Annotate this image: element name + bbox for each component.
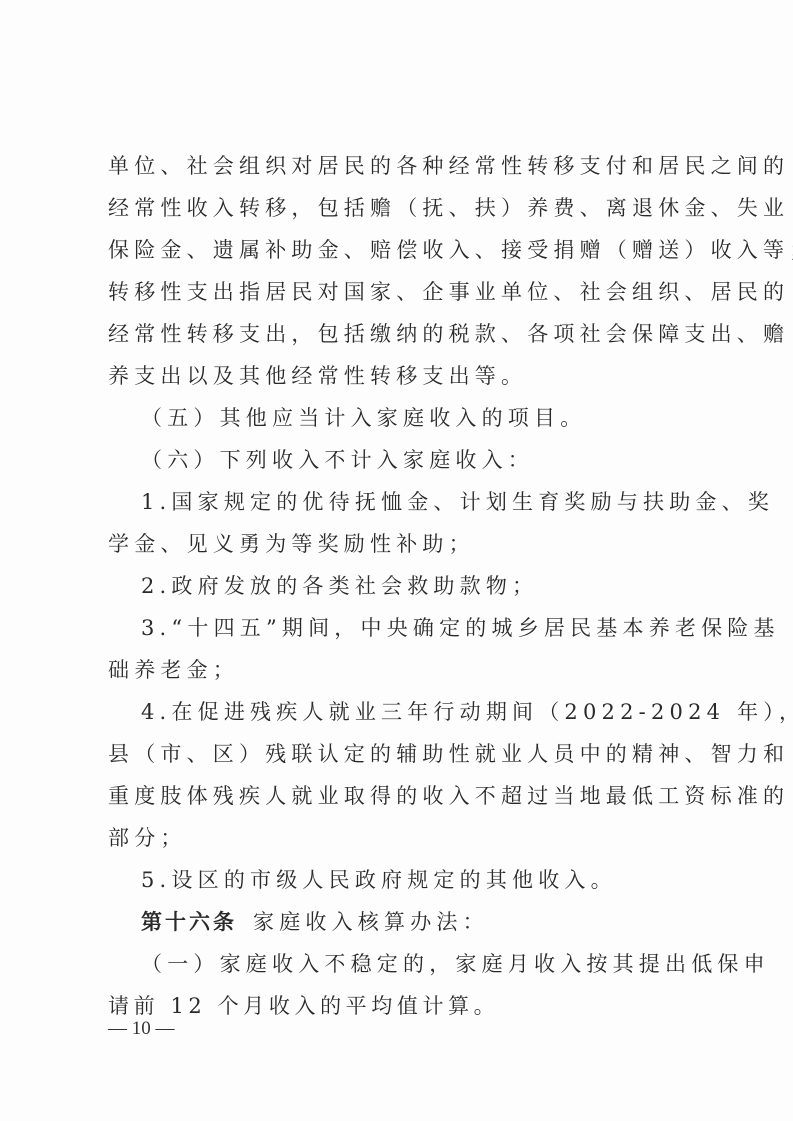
- body-line: 县（市、区）残联认定的辅助性就业人员中的精神、智力和: [108, 733, 682, 775]
- body-line: 保险金、遗属补助金、赔偿收入、接受捐赠（赠送）收入等；: [108, 229, 682, 271]
- document-page: 单位、社会组织对居民的各种经常性转移支付和居民之间的 经常性收入转移，包括赡（抚…: [0, 0, 793, 1121]
- article-title: 家庭收入核算办法：: [253, 910, 489, 934]
- item-2: 2.政府发放的各类社会救助款物；: [141, 565, 682, 607]
- body-line: 转移性支出指居民对国家、企事业单位、社会组织、居民的: [108, 271, 682, 313]
- body-line: 养支出以及其他经常性转移支出等。: [108, 355, 682, 397]
- item-4: 4.在促进残疾人就业三年行动期间（2022-2024 年），经: [141, 691, 682, 733]
- item-5: 5.设区的市级人民政府规定的其他收入。: [141, 859, 682, 901]
- page-number: — 10 —: [108, 1018, 175, 1040]
- body-line: 经常性收入转移，包括赡（抚、扶）养费、离退休金、失业: [108, 187, 682, 229]
- body-line: 部分；: [108, 817, 682, 859]
- body-line: 重度肢体残疾人就业取得的收入不超过当地最低工资标准的: [108, 775, 682, 817]
- item-3: 3.“十四五”期间，中央确定的城乡居民基本养老保险基: [141, 607, 682, 649]
- body-line: 请前 12 个月收入的平均值计算。: [108, 985, 682, 1027]
- body-line: 础养老金；: [108, 649, 682, 691]
- body-line: 学金、见义勇为等奖励性补助；: [108, 523, 682, 565]
- body-line: 单位、社会组织对居民的各种经常性转移支付和居民之间的: [108, 145, 682, 187]
- clause-5: （五）其他应当计入家庭收入的项目。: [141, 397, 682, 439]
- article-16: 第十六条家庭收入核算办法：: [141, 901, 682, 943]
- article-16-clause-1: （一）家庭收入不稳定的，家庭月收入按其提出低保申: [141, 943, 682, 985]
- article-heading: 第十六条: [141, 909, 237, 934]
- clause-6: （六）下列收入不计入家庭收入：: [141, 439, 682, 481]
- body-line: 经常性转移支出，包括缴纳的税款、各项社会保障支出、赡: [108, 313, 682, 355]
- item-1: 1.国家规定的优待抚恤金、计划生育奖励与扶助金、奖: [141, 481, 682, 523]
